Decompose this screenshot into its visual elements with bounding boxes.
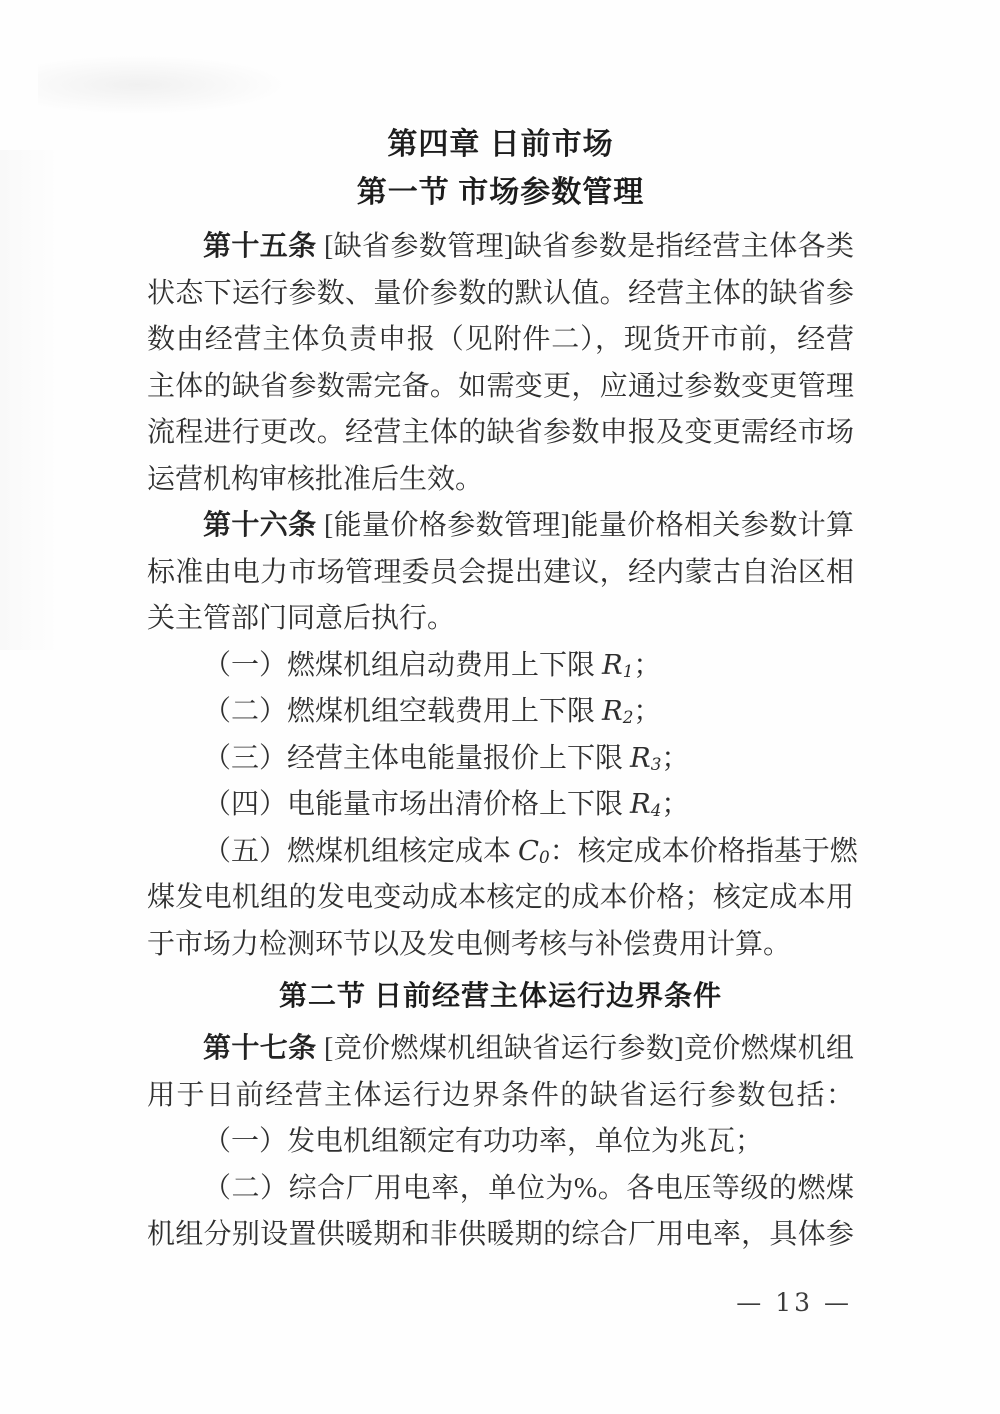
section-heading-2: 第二节 日前经营主体运行边界条件 bbox=[147, 976, 854, 1018]
variable-subscript: 4 bbox=[651, 800, 662, 820]
article-15-line-1: 第十五条 [缺省参数管理]缺省参数是指经营主体各类 bbox=[147, 224, 854, 271]
page-content: 第四章 日前市场 第一节 市场参数管理 第十五条 [缺省参数管理]缺省参数是指经… bbox=[147, 0, 854, 1259]
article-16-item-2: （二）燃煤机组空载费用上下限 R2； bbox=[147, 689, 854, 736]
variable-symbol: R bbox=[630, 789, 651, 820]
scan-artifact bbox=[0, 150, 60, 650]
article-15-line-4: 主体的缺省参数需完备。如需变更，应通过参数变更管理 bbox=[147, 364, 854, 411]
article-15-number: 第十五条 bbox=[203, 231, 317, 262]
article-16-text: [能量价格参数管理]能量价格相关参数计算 bbox=[317, 510, 854, 541]
variable-subscript: 3 bbox=[651, 754, 662, 774]
article-16-item-1: （一）燃煤机组启动费用上下限 R1； bbox=[147, 643, 854, 690]
page-number: — 13 — bbox=[736, 1288, 852, 1317]
variable-symbol: C bbox=[518, 836, 539, 867]
item-text: （五）燃煤机组核定成本 bbox=[203, 836, 518, 867]
article-17-item-2-line-2: 机组分别设置供暖期和非供暖期的综合厂用电率，具体参 bbox=[147, 1212, 854, 1259]
article-16-line-3: 关主管部门同意后执行。 bbox=[147, 596, 854, 643]
variable-subscript: 0 bbox=[539, 847, 550, 867]
article-17-line-1: 第十七条 [竞价燃煤机组缺省运行参数]竞价燃煤机组 bbox=[147, 1026, 854, 1073]
item-punctuation: ； bbox=[633, 650, 661, 681]
article-15-text: [缺省参数管理]缺省参数是指经营主体各类 bbox=[317, 231, 854, 262]
article-17-item-1: （一）发电机组额定有功功率，单位为兆瓦； bbox=[147, 1119, 854, 1166]
article-16-item-5-line-3: 于市场力检测环节以及发电侧考核与补偿费用计算。 bbox=[147, 922, 854, 969]
variable-symbol: R bbox=[630, 743, 651, 774]
item-text: （三）经营主体电能量报价上下限 bbox=[203, 743, 630, 774]
article-17-line-2: 用于日前经营主体运行边界条件的缺省运行参数包括： bbox=[147, 1073, 854, 1120]
article-17-text: [竞价燃煤机组缺省运行参数]竞价燃煤机组 bbox=[317, 1033, 854, 1064]
variable-symbol: R bbox=[602, 696, 623, 727]
item-punctuation: ； bbox=[633, 696, 661, 727]
article-16-line-2: 标准由电力市场管理委员会提出建议，经内蒙古自治区相 bbox=[147, 550, 854, 597]
item-punctuation: ； bbox=[661, 743, 689, 774]
article-16-item-3: （三）经营主体电能量报价上下限 R3； bbox=[147, 736, 854, 783]
document-page: 第四章 日前市场 第一节 市场参数管理 第十五条 [缺省参数管理]缺省参数是指经… bbox=[0, 0, 1000, 1414]
chapter-heading: 第四章 日前市场 bbox=[147, 124, 854, 166]
article-16-line-1: 第十六条 [能量价格参数管理]能量价格相关参数计算 bbox=[147, 503, 854, 550]
article-16-item-5-line-1: （五）燃煤机组核定成本 C0：核定成本价格指基于燃 bbox=[147, 829, 854, 876]
article-15-line-3: 数由经营主体负责申报（见附件二），现货开市前，经营 bbox=[147, 317, 854, 364]
article-16-item-5-line-2: 煤发电机组的发电变动成本核定的成本价格；核定成本用 bbox=[147, 875, 854, 922]
article-16-item-4: （四）电能量市场出清价格上下限 R4； bbox=[147, 782, 854, 829]
article-16-number: 第十六条 bbox=[203, 510, 317, 541]
article-17-number: 第十七条 bbox=[203, 1033, 317, 1064]
article-15-line-5: 流程进行更改。经营主体的缺省参数申报及变更需经市场 bbox=[147, 410, 854, 457]
variable-subscript: 1 bbox=[623, 661, 634, 681]
section-heading-1: 第一节 市场参数管理 bbox=[147, 172, 854, 214]
item-text: ：核定成本价格指基于燃 bbox=[550, 836, 858, 867]
article-15-line-6: 运营机构审核批准后生效。 bbox=[147, 457, 854, 504]
variable-symbol: R bbox=[602, 650, 623, 681]
item-text: （一）燃煤机组启动费用上下限 bbox=[203, 650, 602, 681]
item-text: （四）电能量市场出清价格上下限 bbox=[203, 789, 630, 820]
variable-subscript: 2 bbox=[623, 707, 634, 727]
article-17-item-2-line-1: （二）综合厂用电率，单位为%。各电压等级的燃煤 bbox=[147, 1166, 854, 1213]
item-text: （二）燃煤机组空载费用上下限 bbox=[203, 696, 602, 727]
item-punctuation: ； bbox=[661, 789, 689, 820]
article-15-line-2: 状态下运行参数、量价参数的默认值。经营主体的缺省参 bbox=[147, 271, 854, 318]
